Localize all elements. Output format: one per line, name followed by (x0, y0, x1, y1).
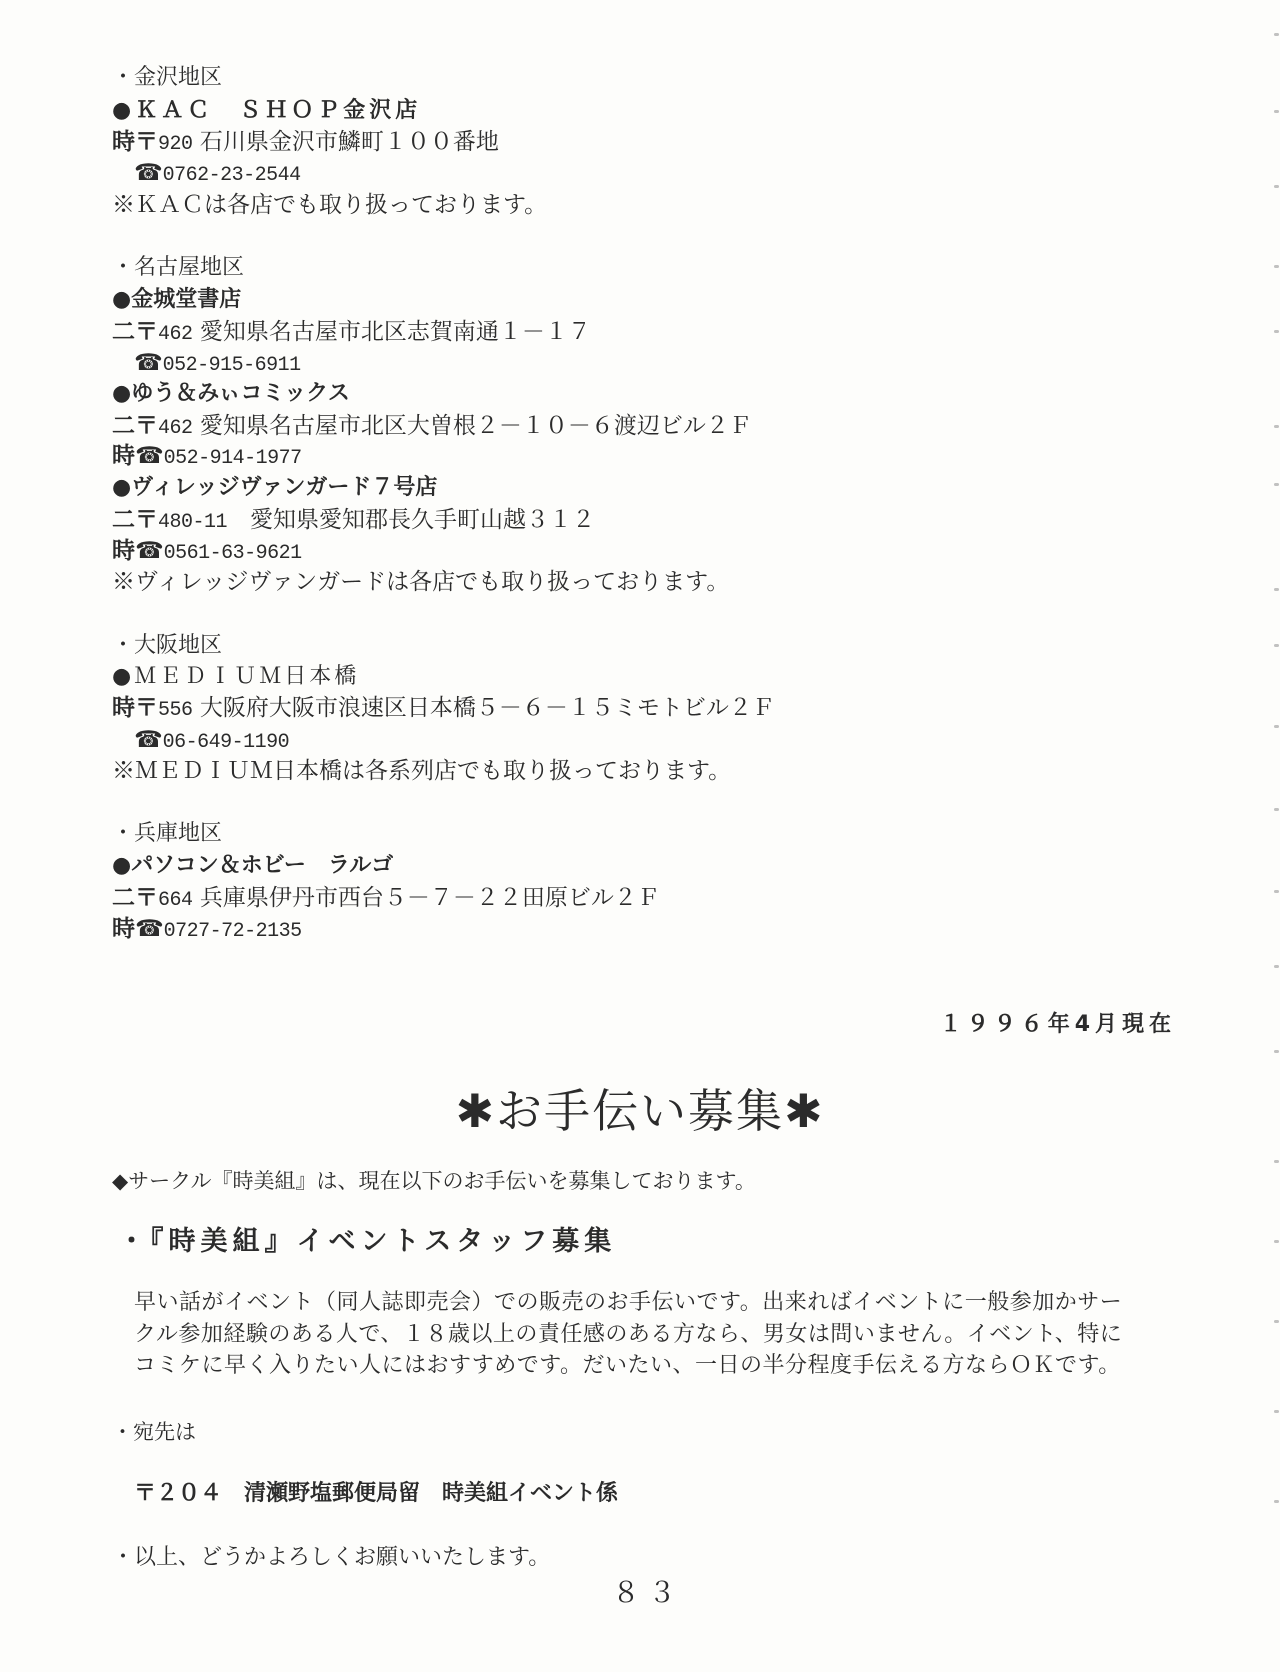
scan-mark (1274, 1320, 1279, 1323)
shop-name-medium-nipponbashi: ●ＭＥＤＩＵＭ日本橋 (112, 662, 359, 692)
phone-number: 06-649-1190 (163, 731, 290, 754)
scan-mark (1274, 1160, 1279, 1163)
shop-phone-kac-kanazawa: ☎0762-23-2544 (134, 158, 301, 188)
phone-icon: ☎ (134, 160, 163, 186)
shop-name-yu-mii-comics: ●ゆう＆みぃコミックス (112, 379, 350, 409)
postal-mark-icon: 二〒 (112, 885, 158, 911)
address-text: 石川県金沢市鱗町１００番地 (193, 129, 499, 155)
scan-mark (1274, 965, 1279, 968)
zip-code: 920 (158, 133, 193, 156)
region-label-nagoya: ・名古屋地区 (112, 253, 244, 283)
scan-mark (1274, 330, 1279, 333)
postal-mark-icon: 時〒 (112, 695, 158, 721)
scan-mark (1274, 644, 1279, 647)
region-note-osaka: ※ＭＥＤＩＵＭ日本橋は各系列店でも取り扱っております。 (112, 756, 731, 786)
recruit-paragraph-line-3: コミケに早く入りたい人にはおすすめです。だいたい、一日の半分程度手伝える方ならＯ… (134, 1351, 1121, 1381)
phone-icon: ☎ (134, 727, 163, 753)
recruit-mailing-address: 〒２０４ 清瀬野塩郵便局留 時美組イベント係 (134, 1479, 618, 1509)
scan-mark (1274, 1500, 1279, 1503)
recruit-title: ✱お手伝い募集✱ (0, 1083, 1280, 1139)
recruit-heading: ・『時美組』イベントスタッフ募集 (118, 1224, 616, 1260)
phone-number: 052-914-1977 (164, 447, 302, 470)
scan-mark (1274, 265, 1279, 268)
shop-name-largo: ●パソコン＆ホビー ラルゴ (112, 851, 393, 881)
address-label: ・宛先は (112, 1417, 196, 1447)
scan-mark (1274, 110, 1279, 113)
shop-phone-medium-nipponbashi: ☎06-649-1190 (134, 725, 289, 755)
region-label-kanazawa: ・金沢地区 (112, 63, 222, 93)
address-text: 大阪府大阪市浪速区日本橋５－６－１５ミモトビル２Ｆ (193, 695, 775, 721)
phone-number: 052-915-6911 (163, 354, 301, 377)
postal-mark-icon: 二〒 (112, 319, 158, 345)
as-of-date: １９９６年4月現在 (940, 1007, 1176, 1038)
scan-mark (1274, 1050, 1279, 1053)
shop-name-village-vanguard: ●ヴィレッジヴァンガード７号店 (112, 473, 437, 503)
scan-mark (1274, 890, 1279, 893)
page-number: ８３ (612, 1571, 684, 1611)
postal-mark-icon: 二〒 (112, 413, 158, 439)
region-note-kanazawa: ※ＫＡＣは各店でも取り扱っております。 (112, 190, 547, 220)
phone-number: 0727-72-2135 (164, 920, 302, 943)
recruit-intro: ◆サークル『時美組』は、現在以下のお手伝いを募集しております。 (112, 1166, 756, 1196)
shop-phone-village-vanguard: 時☎0561-63-9621 (112, 536, 302, 566)
scan-mark (1274, 185, 1279, 188)
shop-address-largo: 二〒664 兵庫県伊丹市西台５－７－２２田原ビル２Ｆ (112, 883, 660, 913)
region-label-osaka: ・大阪地区 (112, 631, 222, 661)
phone-icon: 時☎ (112, 443, 164, 469)
recruit-paragraph-line-2: クル参加経験のある人で、１８歳以上の責任感のある方なら、男女は問いません。イベン… (134, 1320, 1122, 1350)
recruit-title-text: お手伝い募集 (496, 1084, 784, 1138)
shop-address-yu-mii-comics: 二〒462 愛知県名古屋市北区大曽根２－１０－６渡辺ビル２Ｆ (112, 411, 752, 441)
shop-phone-largo: 時☎0727-72-2135 (112, 914, 302, 944)
shop-name-kac-kanazawa: ●ＫＡＣ ＳＨＯＰ金沢店 (112, 95, 421, 125)
region-note-nagoya: ※ヴィレッジヴァンガードは各店でも取り扱っております。 (112, 567, 729, 597)
phone-icon: 時☎ (112, 538, 164, 564)
zip-code: 664 (158, 889, 193, 912)
shop-address-village-vanguard: 二〒480-11 愛知県愛知郡長久手町山越３１２ (112, 505, 595, 535)
shop-address-kinjodo: 二〒462 愛知県名古屋市北区志賀南通１－１７ (112, 317, 591, 347)
asterisk-icon: ✱ (455, 1084, 496, 1138)
address-text: 愛知県名古屋市北区大曽根２－１０－６渡辺ビル２Ｆ (193, 413, 752, 439)
shop-phone-yu-mii-comics: 時☎052-914-1977 (112, 441, 302, 471)
scan-mark (1274, 33, 1279, 36)
zip-code: 462 (158, 417, 193, 440)
scan-mark (1274, 483, 1279, 486)
zip-code: 462 (158, 323, 193, 346)
address-text: 愛知県愛知郡長久手町山越３１２ (227, 507, 595, 533)
zip-code: 556 (158, 699, 193, 722)
scan-mark (1274, 425, 1279, 428)
zip-code: 480-11 (158, 511, 227, 534)
address-text: 愛知県名古屋市北区志賀南通１－１７ (193, 319, 591, 345)
phone-number: 0762-23-2544 (163, 164, 301, 187)
region-label-hyogo: ・兵庫地区 (112, 819, 222, 849)
postal-mark-icon: 二〒 (112, 507, 158, 533)
asterisk-icon: ✱ (784, 1084, 825, 1138)
address-text: 兵庫県伊丹市西台５－７－２２田原ビル２Ｆ (193, 885, 660, 911)
recruit-paragraph-line-1: 早い話がイベント（同人誌即売会）での販売のお手伝いです。出来ればイベントに一般参… (134, 1288, 1122, 1318)
scan-edge-artifacts (1272, 0, 1280, 1672)
closing-text: ・以上、どうかよろしくお願いいたします。 (112, 1543, 550, 1573)
postal-mark-icon: 時〒 (112, 129, 158, 155)
phone-icon: ☎ (134, 350, 163, 376)
phone-icon: 時☎ (112, 916, 164, 942)
shop-phone-kinjodo: ☎052-915-6911 (134, 348, 301, 378)
scan-mark (1274, 808, 1279, 811)
shop-address-medium-nipponbashi: 時〒556 大阪府大阪市浪速区日本橋５－６－１５ミモトビル２Ｆ (112, 693, 775, 723)
scan-mark (1274, 588, 1279, 591)
scan-mark (1274, 725, 1279, 728)
scan-mark (1274, 1240, 1279, 1243)
shop-name-kinjodo: ●金城堂書店 (112, 285, 241, 315)
phone-number: 0561-63-9621 (164, 542, 302, 565)
scan-mark (1274, 1410, 1279, 1413)
shop-address-kac-kanazawa: 時〒920 石川県金沢市鱗町１００番地 (112, 127, 499, 157)
